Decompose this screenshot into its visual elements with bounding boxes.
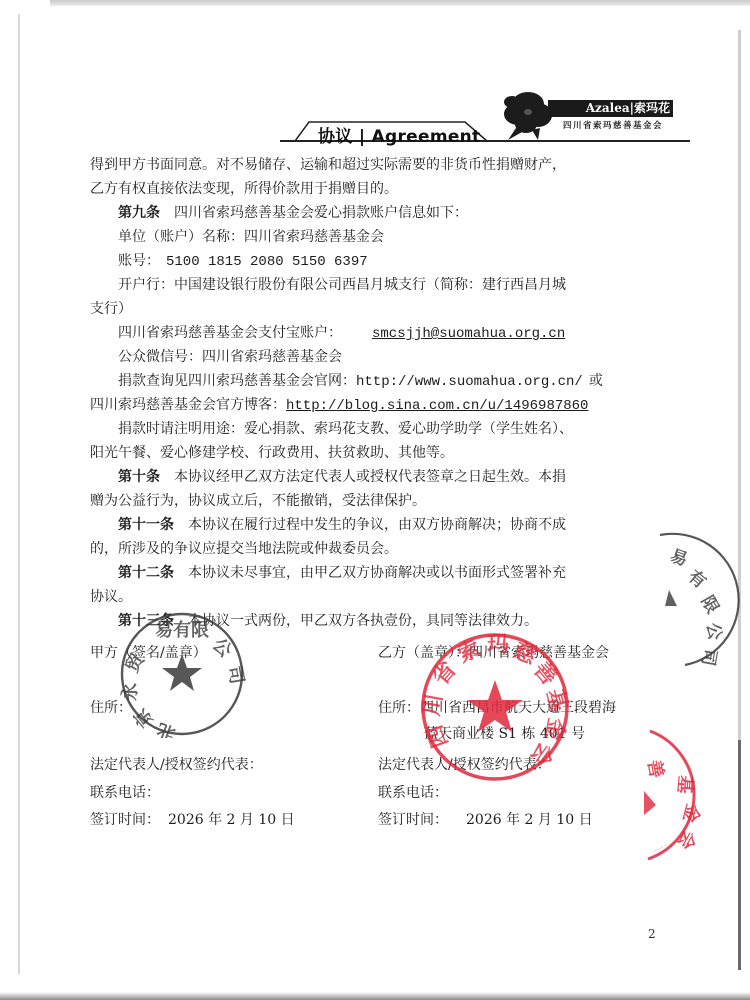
party-a-riding-seal: 易 有 限 公 司 (655, 530, 745, 670)
query-website-link[interactable]: http://www.suomahua.org.cn/ (356, 374, 583, 390)
scan-edge-left (18, 14, 20, 974)
scan-edge-bottom (0, 992, 750, 1000)
party-a-date: 2026 年 2 月 10 日 (168, 812, 295, 828)
logo-brand: Azalea|索玛花 (548, 100, 673, 117)
svg-text:善: 善 (643, 758, 668, 780)
alipay-label: 四川省索玛慈善基金会支付宝账户： (118, 325, 342, 341)
alipay-line: 四川省索玛慈善基金会支付宝账户：smcsjjh@suomahua.org.cn (118, 323, 565, 344)
svg-text:基: 基 (673, 775, 696, 795)
query-line-2: 四川索玛慈善基金会官方博客：http://blog.sina.com.cn/u/… (90, 395, 588, 416)
party-b-phone-label: 联系电话： (378, 783, 448, 803)
account-number-line: 账号：5100 1815 2080 5150 6397 (118, 251, 368, 272)
article-13-label: 第十三条 (118, 613, 174, 629)
svg-text:有: 有 (684, 566, 711, 593)
party-a-label: 甲方（签名/盖章） (90, 643, 207, 663)
article-9-label: 第九条 (118, 205, 160, 221)
paragraph-continuation-2: 乙方有权直接依法变现，所得价款用于捐赠目的。 (90, 179, 398, 199)
party-b-riding-seal: 善 基 金 会 ········· (640, 725, 740, 865)
party-a-date-label: 签订时间： (90, 812, 160, 828)
article-13-text: 本协议一式两份，甲乙双方各执壹份，具同等法律效力。 (188, 613, 538, 629)
article-10-label: 第十条 (118, 469, 160, 485)
party-a-rep-label: 法定代表人/授权签约代表： (90, 755, 263, 775)
party-b-address-line-1: 住所：四川省西昌市航天大道三段碧海 (378, 698, 616, 718)
logo-subtitle: 四川省索玛慈善基金会 (550, 119, 676, 131)
party-a-address-label: 住所： (90, 698, 132, 718)
party-b-rep-label: 法定代表人/授权签约代表： (378, 755, 551, 775)
account-number-value: 5100 1815 2080 5150 6397 (166, 254, 368, 270)
party-b-address-2: 蓝天商业楼 S1 栋 401 号 (424, 724, 585, 744)
article-9-text: 四川省索玛慈善基金会爱心捐款账户信息如下： (174, 205, 468, 221)
article-13: 第十三条本协议一式两份，甲乙双方各执壹份，具同等法律效力。 (118, 611, 538, 631)
foundation-logo: Azalea|索玛花 四川省索玛慈善基金会 (498, 80, 678, 140)
paragraph-continuation-1: 得到甲方书面同意。对不易储存、运输和超过实际需要的非货币性捐赠财产， (90, 155, 566, 175)
party-b-date-label: 签订时间： (378, 812, 448, 828)
svg-text:易: 易 (667, 546, 690, 571)
scan-edge-right-dark (738, 740, 741, 970)
query-blog-label: 四川索玛慈善基金会官方博客： (90, 397, 286, 413)
purpose-line-2: 阳光午餐、爱心修建学校、行政费用、扶贫救助、其他等。 (90, 443, 454, 463)
bank-line-2: 支行） (90, 299, 132, 319)
article-11-line-1: 第十一条本协议在履行过程中发生的争议，由双方协商解决；协商不成 (118, 515, 566, 535)
scan-edge-top (50, 0, 750, 6)
party-b-address-1: 四川省西昌市航天大道三段碧海 (420, 700, 616, 716)
account-name-line: 单位（账户）名称：四川省索玛慈善基金会 (118, 227, 384, 247)
section-title: 协议 | Agreement (318, 122, 481, 147)
party-b-label: 乙方（盖章）： (378, 645, 469, 661)
article-10-text-1: 本协议经甲乙双方法定代表人或授权代表签章之日起生效。本捐 (174, 469, 566, 485)
account-name-value: 四川省索玛慈善基金会 (244, 229, 384, 245)
party-b-address-label: 住所： (378, 700, 420, 716)
article-10-line-2: 赠为公益行为，协议成立后，不能撤销，受法律保护。 (90, 491, 426, 511)
svg-text:公: 公 (702, 621, 725, 641)
party-a-date-line: 签订时间：2026 年 2 月 10 日 (90, 810, 295, 830)
article-11-line-2: 的，所涉及的争议应提交当地法院或仲裁委员会。 (90, 539, 398, 559)
svg-text:京: 京 (129, 704, 157, 732)
article-12-text-1: 本协议未尽事宜，由甲乙双方协商解决或以书面形式签署补充 (188, 565, 566, 581)
party-b-name: 四川省索玛慈善基金会 (469, 645, 609, 661)
article-11-label: 第十一条 (118, 517, 174, 533)
bank-line-1: 开户行：中国建设银行股份有限公司西昌月城支行（简称：建行西昌月城 (118, 275, 566, 295)
query-or: 或 (589, 373, 603, 389)
article-12-line-2: 协议。 (90, 587, 132, 607)
query-line-1: 捐款查询见四川索玛慈善基金会官网：http://www.suomahua.org… (118, 371, 603, 392)
wechat-line: 公众微信号：四川省索玛慈善基金会 (118, 347, 342, 367)
account-name-label: 单位（账户）名称： (118, 229, 244, 245)
page-number: 2 (648, 927, 656, 941)
article-12-line-1: 第十二条本协议未尽事宜，由甲乙双方协商解决或以书面形式签署补充 (118, 563, 566, 583)
svg-text:司: 司 (697, 647, 720, 667)
article-11-text-1: 本协议在履行过程中发生的争议，由双方协商解决；协商不成 (188, 517, 566, 533)
svg-text:金: 金 (679, 802, 705, 825)
svg-text:限: 限 (697, 593, 723, 618)
party-b-line: 乙方（盖章）：四川省索玛慈善基金会 (378, 643, 609, 663)
query-website-label: 捐款查询见四川索玛慈善基金会官网： (118, 373, 356, 389)
purpose-line-1: 捐款时请注明用途：爱心捐款、索玛花支教、爱心助学助学（学生姓名）、 (118, 419, 573, 439)
alipay-account-link[interactable]: smcsjjh@suomahua.org.cn (372, 326, 565, 342)
article-10-line-1: 第十条本协议经甲乙双方法定代表人或授权代表签章之日起生效。本捐 (118, 467, 566, 487)
party-b-date: 2026 年 2 月 10 日 (466, 812, 593, 828)
svg-text:·········: ········· (652, 843, 668, 855)
svg-text:司: 司 (224, 664, 246, 685)
account-number-label: 账号： (118, 253, 160, 269)
article-9: 第九条四川省索玛慈善基金会爱心捐款账户信息如下： (118, 203, 468, 223)
party-b-date-line: 签订时间：2026 年 2 月 10 日 (378, 810, 593, 830)
svg-text:公: 公 (208, 634, 236, 662)
svg-text:会: 会 (673, 827, 701, 854)
article-12-label: 第十二条 (118, 565, 174, 581)
page-header: 协议 | Agreement Azalea|索玛花 四川省索玛慈善基金会 (0, 80, 750, 150)
query-blog-link[interactable]: http://blog.sina.com.cn/u/1496987860 (286, 398, 588, 414)
party-a-phone-label: 联系电话： (90, 783, 160, 803)
svg-text:北: 北 (154, 718, 178, 738)
